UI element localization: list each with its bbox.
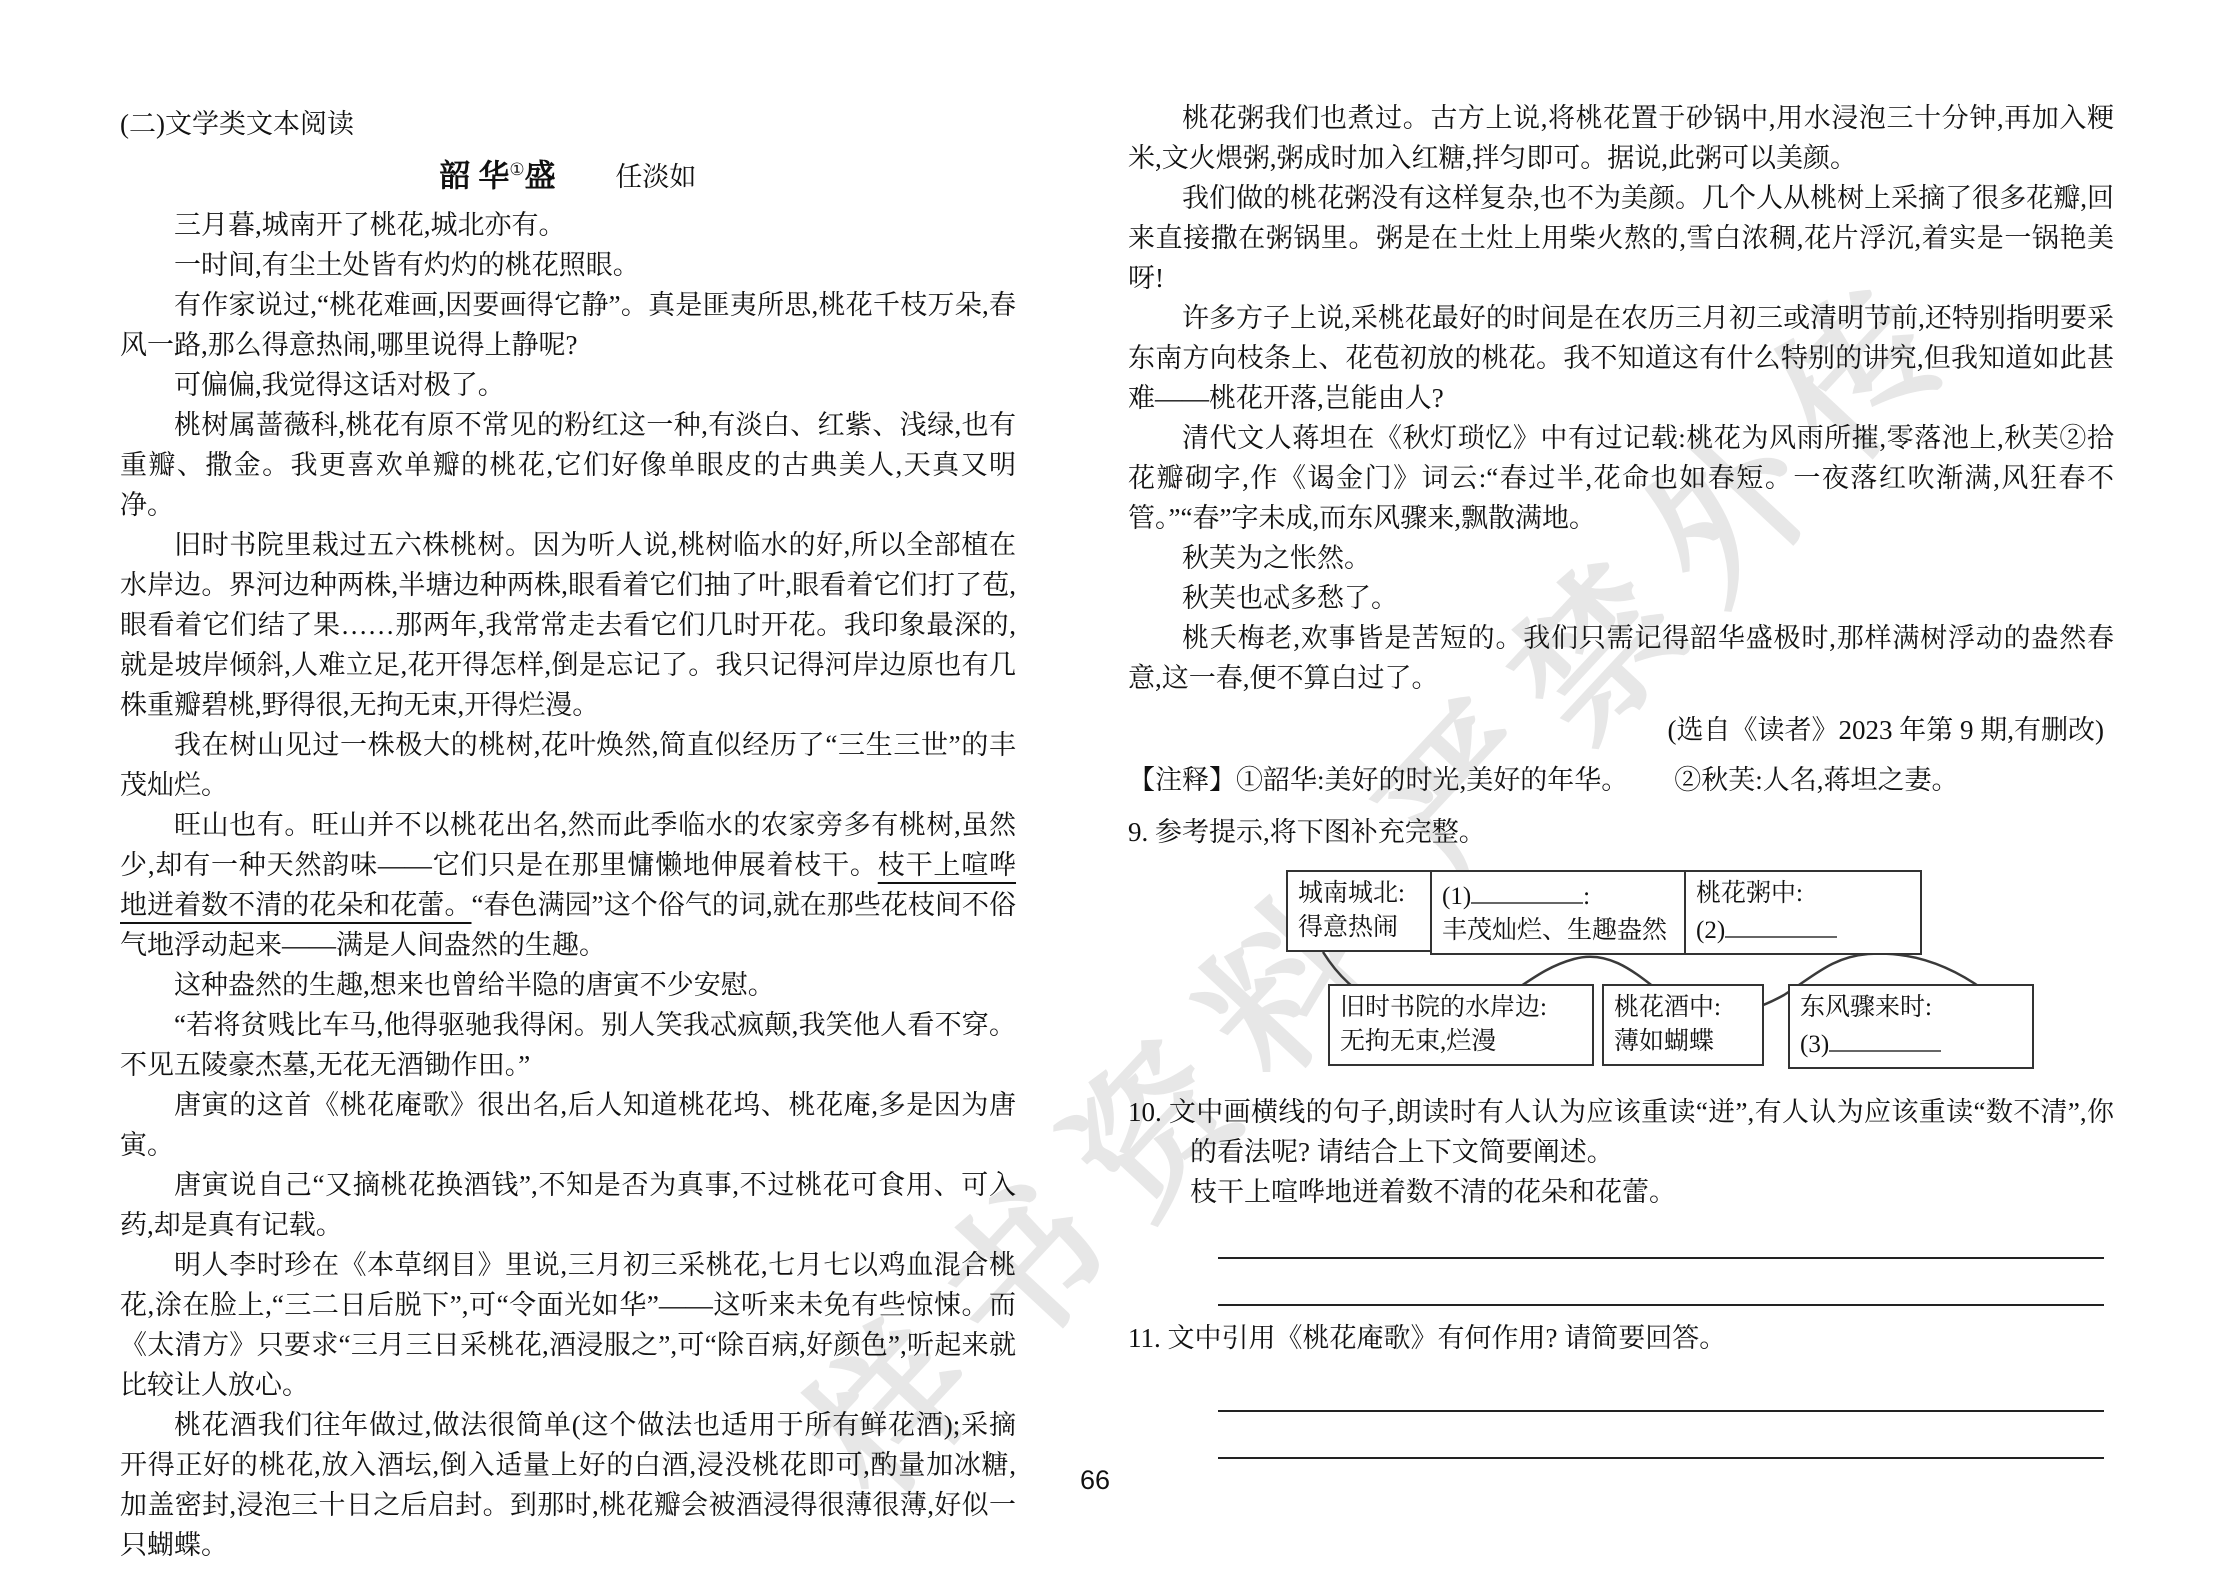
question-10-quoted-sentence: 枝干上喧哗地迸着数不清的花朵和花蕾。 [1190, 1172, 2114, 1212]
diagram-box: 旧时书院的水岸边:无拘无束,烂漫 [1328, 984, 1594, 1066]
paragraph: 有作家说过,“桃花难画,因要画得它静”。真是匪夷所思,桃花千枝万朵,春风一路,那… [120, 285, 1016, 365]
footnote-marker-1: ① [509, 160, 524, 179]
answer-blank-line[interactable] [1218, 1259, 2104, 1306]
title-text: 韶 华 [440, 158, 510, 193]
title-text-2: 盛 [525, 158, 556, 193]
diagram-box-line: 得意热闹 [1298, 911, 1430, 945]
diagram-box-line: 薄如蝴蝶 [1614, 1025, 1752, 1059]
diagram-box-line: 桃花粥中: [1696, 877, 1910, 911]
answer-blank-line[interactable] [1218, 1412, 2104, 1459]
paragraph: 桃花酒我们往年做过,做法很简单(这个做法也适用于所有鲜花酒);采摘开得正好的桃花… [120, 1405, 1016, 1565]
paragraph: 可偏偏,我觉得这话对极了。 [120, 365, 1016, 405]
paragraph: 旧时书院里栽过五六株桃树。因为听人说,桃树临水的好,所以全部植在水岸边。界河边种… [120, 525, 1016, 725]
article-body-right: 桃花粥我们也煮过。古方上说,将桃花置于砂锅中,用水浸泡三十分钟,再加入粳米,文火… [1128, 98, 2114, 698]
diagram-box: 桃花粥中:(2) [1684, 870, 1922, 955]
paragraph: 这种盎然的生趣,想来也曾给半隐的唐寅不少安慰。 [120, 965, 1016, 1005]
paragraph: 许多方子上说,采桃花最好的时间是在农历三月初三或清明节前,还特别指明要采东南方向… [1128, 298, 2114, 418]
question-10-text: 文中画横线的句子,朗读时有人认为应该重读“迸”,有人认为应该重读“数不清”,你的… [1169, 1097, 2114, 1167]
fill-in-blank[interactable] [1471, 877, 1583, 904]
question-11: 11. 文中引用《桃花庵歌》有何作用? 请简要回答。 [1128, 1318, 2114, 1358]
diagram-box: 桃花酒中:薄如蝴蝶 [1602, 984, 1764, 1066]
source-attribution: (选自《读者》2023 年第 9 期,有删改) [1128, 710, 2114, 750]
paragraph: 一时间,有尘土处皆有灼灼的桃花照眼。 [120, 245, 1016, 285]
diagram-box-line: 东风骤来时: [1800, 991, 2022, 1025]
diagram-box: 城南城北:得意热闹 [1286, 870, 1442, 952]
fill-in-blank[interactable] [1725, 911, 1837, 938]
question-11-text: 文中引用《桃花庵歌》有何作用? 请简要回答。 [1168, 1323, 1727, 1353]
q9-diagram: 城南城北:得意热闹(1):丰茂灿烂、生趣盎然桃花粥中:(2)旧时书院的水岸边:无… [1128, 862, 2114, 1080]
paragraph: 我们做的桃花粥没有这样复杂,也不为美颜。几个人从桃树上采摘了很多花瓣,回来直接撒… [1128, 178, 2114, 298]
right-column: 桃花粥我们也煮过。古方上说,将桃花置于砂锅中,用水浸泡三十分钟,再加入粳米,文火… [1128, 98, 2114, 1459]
workbook-page: 样书资料 严禁外传 (二)文学类文本阅读 韶 华①盛 任淡如 三月暮,城南开了桃… [0, 0, 2220, 1571]
diagram-box-line: 旧时书院的水岸边: [1340, 991, 1582, 1025]
diagram-box: (1):丰茂灿烂、生趣盎然 [1430, 870, 1692, 955]
page-number: 66 [1080, 1460, 1110, 1500]
answer-blank-line[interactable] [1218, 1212, 2104, 1259]
answer-blank-line[interactable] [1218, 1358, 2104, 1412]
paragraph: 桃花粥我们也煮过。古方上说,将桃花置于砂锅中,用水浸泡三十分钟,再加入粳米,文火… [1128, 98, 2114, 178]
diagram-box-line: 城南城北: [1298, 877, 1430, 911]
section-header: (二)文学类文本阅读 [120, 104, 1016, 144]
paragraph: 秋芙也忒多愁了。 [1128, 578, 2114, 618]
diagram-box-line: (3) [1800, 1025, 2022, 1062]
diagram-box-line: 桃花酒中: [1614, 991, 1752, 1025]
footnotes: 【注释】①韶华:美好的时光,美好的年华。②秋芙:人名,蒋坦之妻。 [1128, 760, 2114, 800]
paragraph: 清代文人蒋坦在《秋灯琐忆》中有过记载:桃花为风雨所摧,零落池上,秋芙②拾花瓣砌字… [1128, 418, 2114, 538]
footnote-2: ②秋芙:人名,蒋坦之妻。 [1674, 765, 1958, 795]
article-title: 韶 华①盛 任淡如 [120, 150, 1016, 197]
footnote-1: 【注释】①韶华:美好的时光,美好的年华。 [1128, 765, 1628, 795]
diagram-box-line: (2) [1696, 911, 1910, 948]
article-body-left: 三月暮,城南开了桃花,城北亦有。一时间,有尘土处皆有灼灼的桃花照眼。有作家说过,… [120, 205, 1016, 1565]
diagram-box: 东风骤来时:(3) [1788, 984, 2034, 1069]
paragraph: 三月暮,城南开了桃花,城北亦有。 [120, 205, 1016, 245]
question-10: 10. 文中画横线的句子,朗读时有人认为应该重读“迸”,有人认为应该重读“数不清… [1128, 1092, 2114, 1172]
question-9-number: 9. [1128, 817, 1148, 847]
diagram-box-line: 无拘无束,烂漫 [1340, 1025, 1582, 1059]
fill-in-blank[interactable] [1829, 1025, 1941, 1052]
question-11-number: 11. [1128, 1323, 1161, 1353]
paragraph: 桃夭梅老,欢事皆是苦短的。我们只需记得韶华盛极时,那样满树浮动的盎然春意,这一春… [1128, 618, 2114, 698]
paragraph: 明人李时珍在《本草纲目》里说,三月初三采桃花,七月七以鸡血混合桃花,涂在脸上,“… [120, 1245, 1016, 1405]
paragraph: “若将贫贱比车马,他得驱驰我得闲。别人笑我忒疯颠,我笑他人看不穿。不见五陵豪杰墓… [120, 1005, 1016, 1085]
article-author: 任淡如 [615, 162, 696, 192]
question-10-number: 10. [1128, 1097, 1162, 1127]
left-column: (二)文学类文本阅读 韶 华①盛 任淡如 三月暮,城南开了桃花,城北亦有。一时间… [120, 104, 1016, 1565]
paragraph: 桃树属蔷薇科,桃花有原不常见的粉红这一种,有淡白、红紫、浅绿,也有重瓣、撒金。我… [120, 405, 1016, 525]
paragraph: 旺山也有。旺山并不以桃花出名,然而此季临水的农家旁多有桃树,虽然少,却有一种天然… [120, 805, 1016, 965]
paragraph: 秋芙为之怅然。 [1128, 538, 2114, 578]
question-9-text: 参考提示,将下图补充完整。 [1155, 817, 1486, 847]
paragraph: 唐寅说自己“又摘桃花换酒钱”,不知是否为真事,不过桃花可食用、可入药,却是真有记… [120, 1165, 1016, 1245]
diagram-box-line: 丰茂灿烂、生趣盎然 [1442, 914, 1680, 948]
paragraph: 我在树山见过一株极大的桃树,花叶焕然,简直似经历了“三生三世”的丰茂灿烂。 [120, 725, 1016, 805]
paragraph: 唐寅的这首《桃花庵歌》很出名,后人知道桃花坞、桃花庵,多是因为唐寅。 [120, 1085, 1016, 1165]
question-9: 9. 参考提示,将下图补充完整。 [1128, 812, 2114, 852]
diagram-box-line: (1): [1442, 877, 1680, 914]
